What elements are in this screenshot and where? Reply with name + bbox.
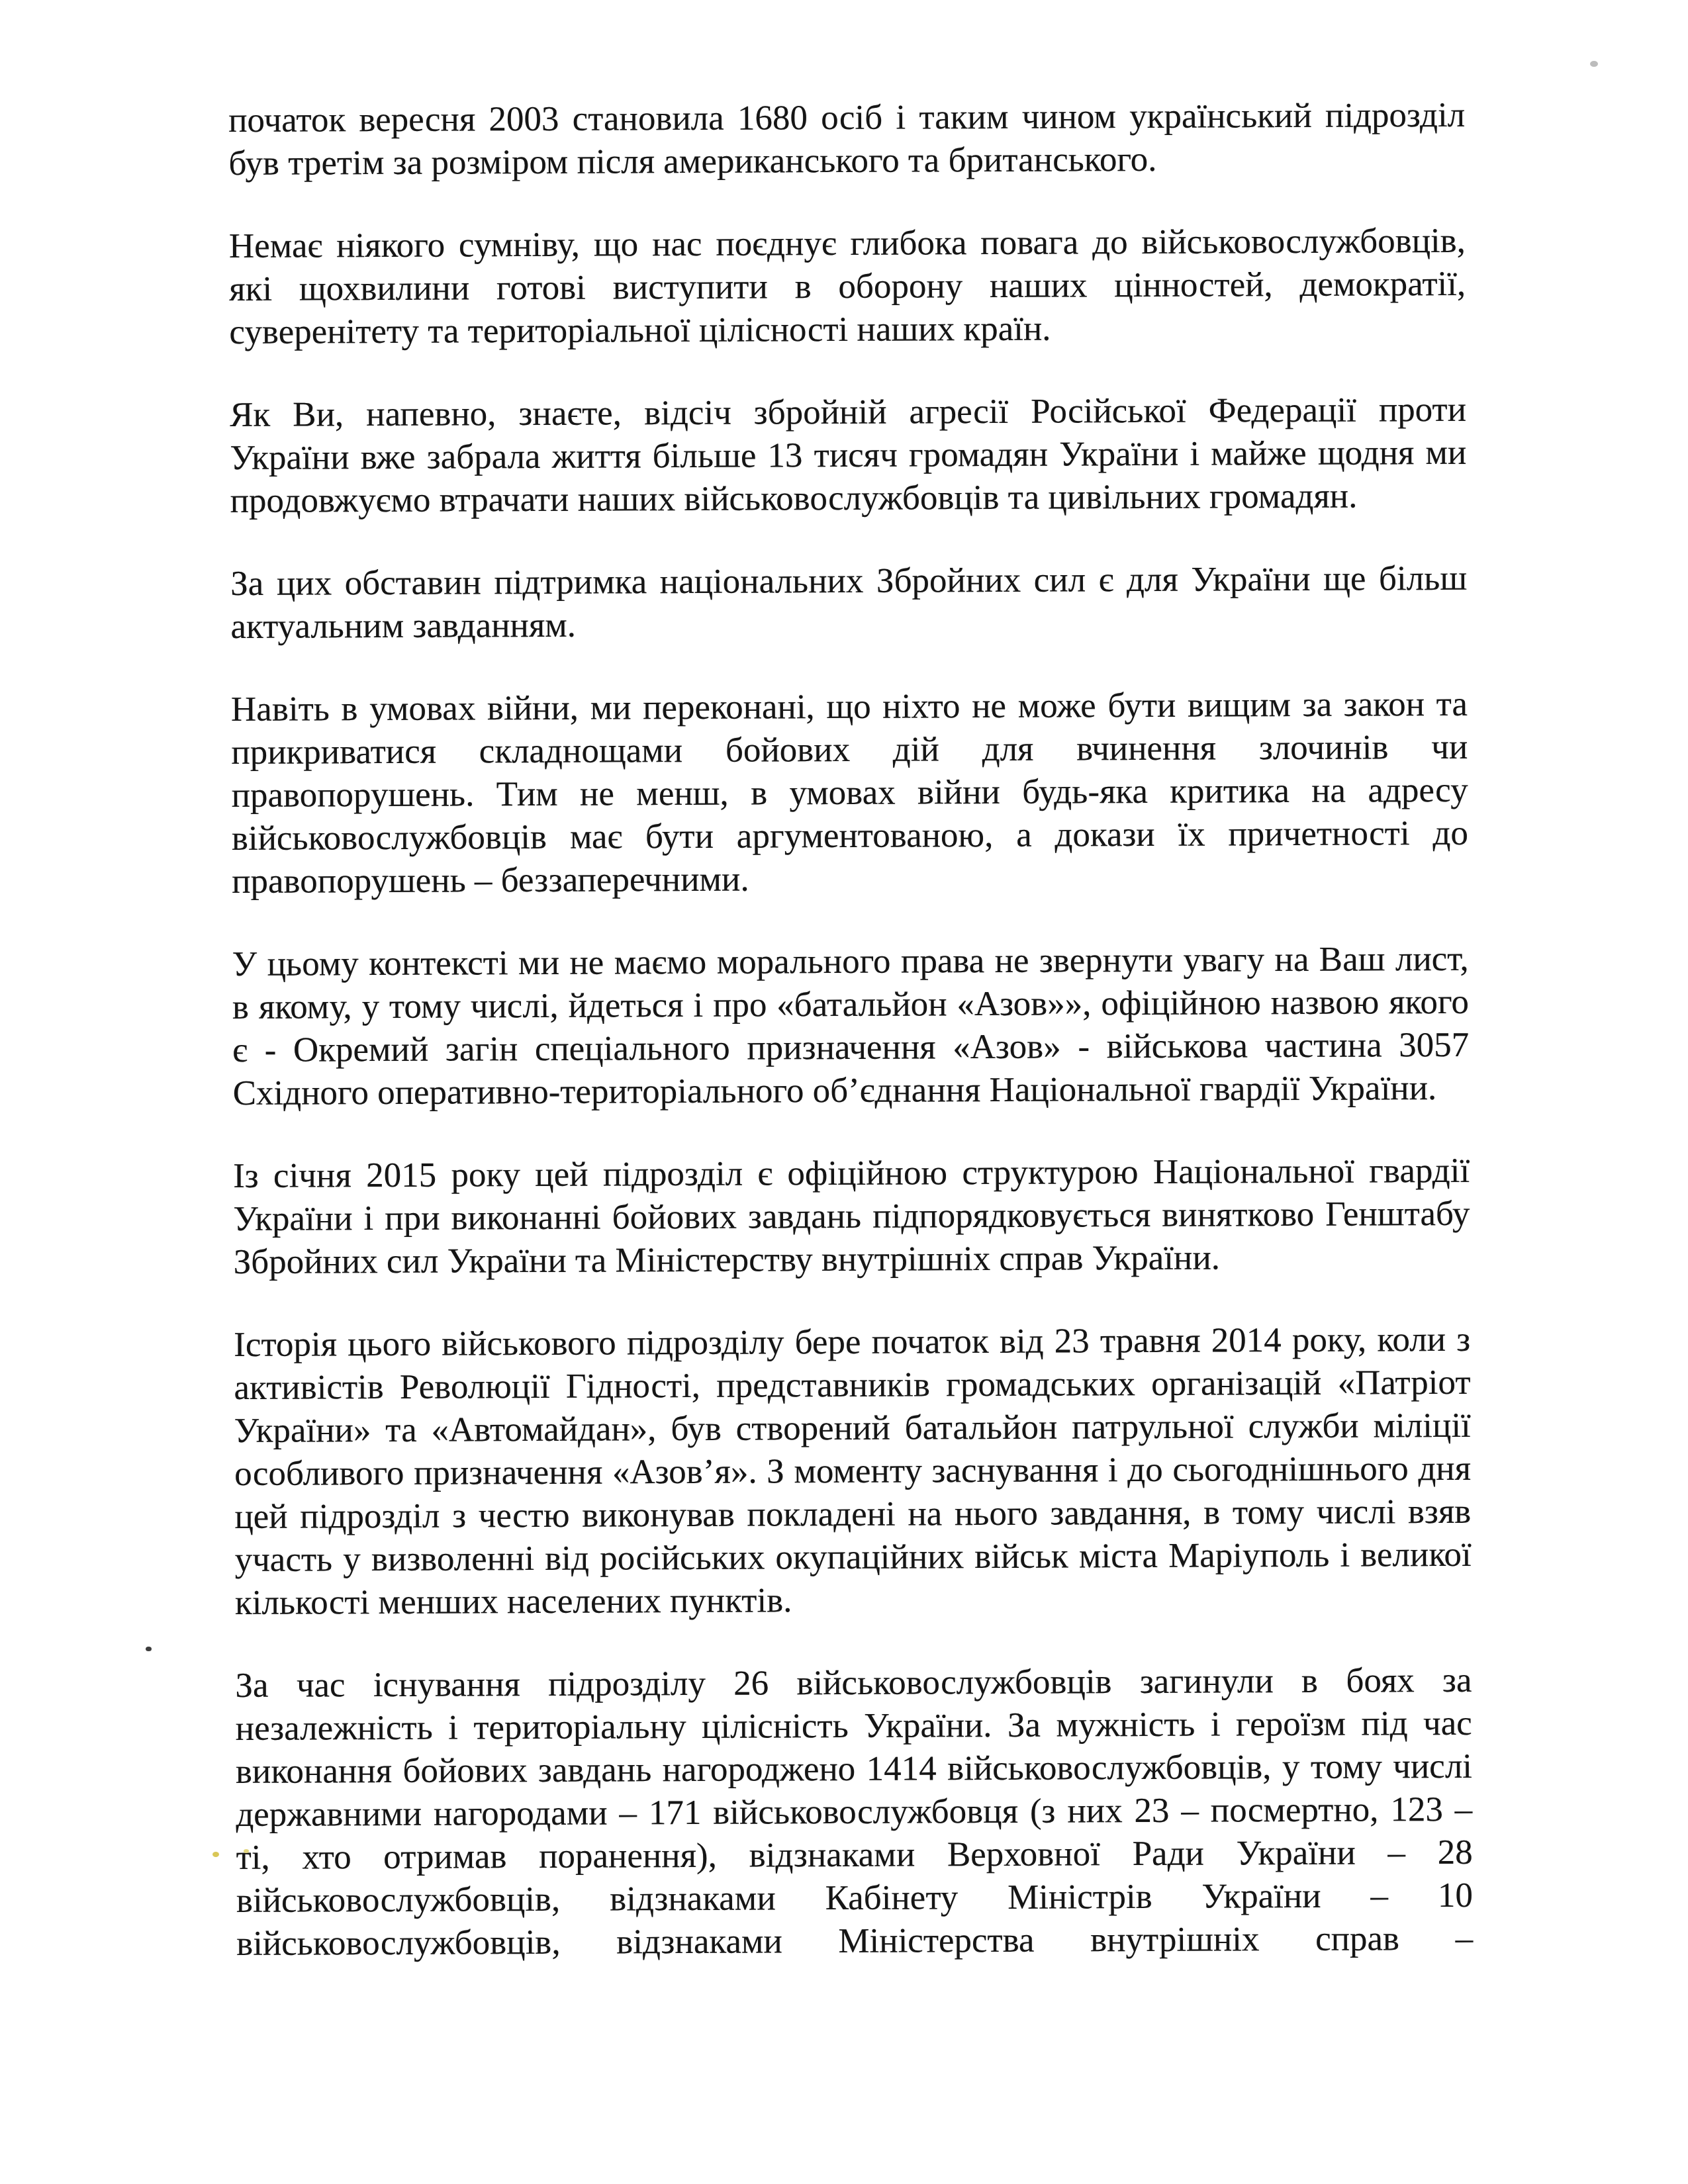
paragraph-8: Історія цього військового підрозділу бер… [234,1318,1472,1625]
paragraph-9: За час існування підрозділу 26 військово… [235,1659,1473,1966]
paragraph-2: Немає ніякого сумніву, що нас поєднує гл… [229,220,1466,354]
paragraph-4: За цих обставин підтримка національних З… [230,557,1468,649]
paragraph-1: початок вересня 2003 становила 1680 осіб… [228,94,1466,185]
scan-speck [244,1849,249,1853]
letter-body: початок вересня 2003 становила 1680 осіб… [228,94,1474,2005]
scan-speck [146,1647,152,1651]
paragraph-5: Навіть в умовах війни, ми переконані, що… [231,683,1468,903]
paragraph-6: У цьому контексті ми не маємо морального… [232,938,1470,1115]
paragraph-3: Як Ви, напевно, знаєте, відсіч збройній … [230,388,1467,523]
document-page: початок вересня 2003 становила 1680 осіб… [0,0,1688,2184]
paragraph-7: Із січня 2015 року цей підрозділ є офіці… [233,1150,1470,1284]
scan-speck [1590,61,1598,67]
scan-speck [212,1852,219,1857]
